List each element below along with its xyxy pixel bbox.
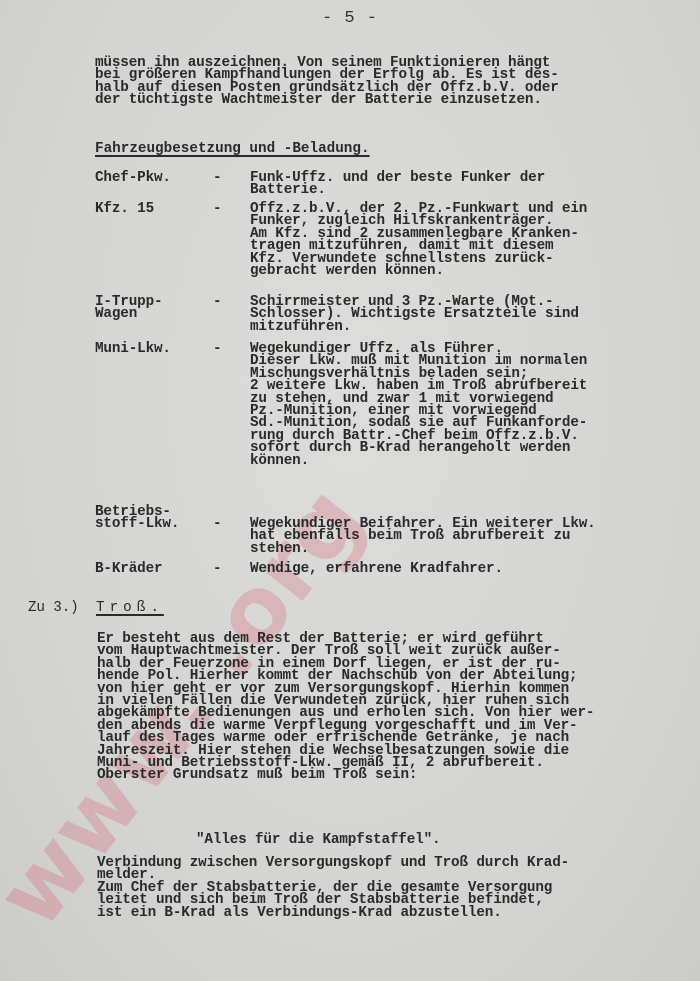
vehicle-label: Chef-Pkw. [95,172,171,184]
vehicle-label-line: Kfz. 15 [95,203,154,215]
text-line: können. [250,455,587,467]
section-heading: Fahrzeugbesetzung und -Beladung. [95,141,370,157]
tross-title: Troß. [96,600,164,616]
dash-separator: - [213,343,221,355]
vehicle-label: Betriebs-stoff-Lkw. [95,506,179,531]
page-number: - 5 - [0,9,700,28]
vehicle-label-line: stoff-Lkw. [95,518,179,530]
text-line: Wendige, erfahrene Kradfahrer. [250,563,503,575]
vehicle-description: Offz.z.b.V., der 2. Pz.-Funkwart und ein… [250,203,587,277]
text-line: Verbindung zwischen Versorgungskopf und … [97,857,569,869]
tross-prefix: Zu 3.) [28,602,79,614]
vehicle-description: Wendige, erfahrene Kradfahrer. [250,563,503,575]
dash-separator: - [213,172,221,184]
closing-paragraph: Verbindung zwischen Versorgungskopf und … [97,857,569,919]
vehicle-label: I-Trupp-Wagen [95,296,162,321]
text-line: Batterie. [250,184,545,196]
vehicle-description: Wegekundiger Uffz. als Führer.Dieser Lkw… [250,343,587,467]
vehicle-label-line: B-Kräder [95,563,162,575]
text-line: gebracht werden können. [250,265,587,277]
dash-separator: - [213,203,221,215]
motto: "Alles für die Kampfstaffel". [196,834,440,846]
dash-separator: - [213,296,221,308]
intro-paragraph: müssen ihn auszeichnen. Von seinem Funkt… [95,57,559,107]
text-line: stehen. [250,543,596,555]
dash-separator: - [213,563,221,575]
vehicle-label-line: Wagen [95,308,162,320]
vehicle-label: B-Kräder [95,563,162,575]
text-line: mitzuführen. [250,321,579,333]
vehicle-label: Kfz. 15 [95,203,154,215]
vehicle-label-line: Chef-Pkw. [95,172,171,184]
document-page: www. .org - 5 - müssen ihn auszeichnen. … [0,0,700,981]
text-line: der tüchtigste Wachtmeister der Batterie… [95,94,559,106]
text-line: ist ein B-Krad als Verbindungs-Krad abzu… [97,907,569,919]
tross-paragraph: Er besteht aus dem Rest der Batterie; er… [97,633,594,782]
vehicle-label-line: Muni-Lkw. [95,343,171,355]
vehicle-description: Wegekundiger Beifahrer. Ein weiterer Lkw… [250,518,596,555]
text-line: Oberster Grundsatz muß beim Troß sein: [97,769,594,781]
dash-separator: - [213,518,221,530]
vehicle-description: Funk-Uffz. und der beste Funker derBatte… [250,172,545,197]
vehicle-label: Muni-Lkw. [95,343,171,355]
vehicle-description: Schirrmeister und 3 Pz.-Warte (Mot.-Schl… [250,296,579,333]
